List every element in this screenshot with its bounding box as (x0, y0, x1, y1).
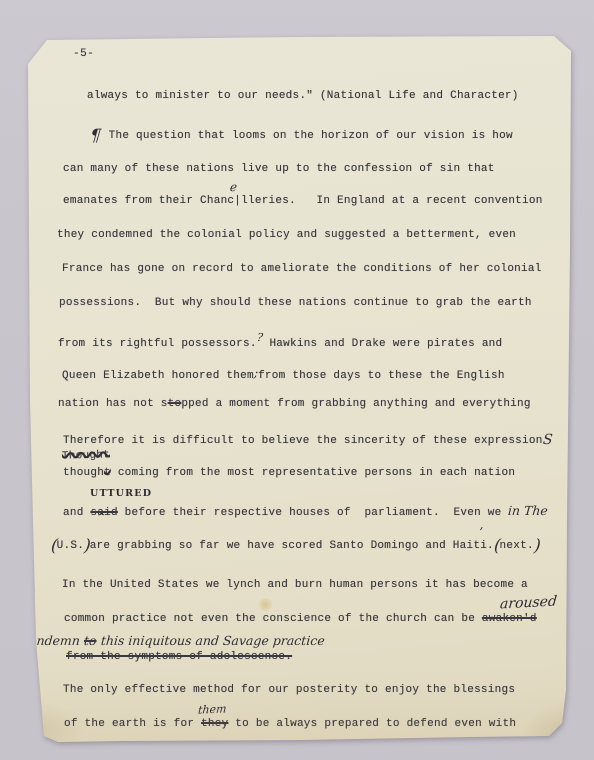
typed-text: from the symptoms of adolescence. (66, 651, 292, 663)
typed-text: Queen Elizabeth honored them (62, 370, 254, 382)
typed-text: awaken'd (482, 613, 537, 625)
line-thought-struck: Thought (62, 450, 110, 462)
handwritten-the: The (524, 503, 549, 518)
typed-text: though (63, 467, 104, 479)
handwritten-text: to (83, 633, 97, 648)
typed-text: In the United States we lynch and burn h… (62, 579, 528, 591)
typed-text: to be always prepared to defend even wit… (228, 718, 516, 730)
typed-text: common practice not even the conscience … (64, 613, 482, 625)
handwritten-uttured: UTTURED (90, 488, 152, 499)
line-question-looms: ¶ The question that looms on the horizon… (90, 126, 513, 146)
typed-text: France has gone on record to ameliorate … (62, 263, 542, 275)
typed-text: they (201, 718, 228, 730)
typed-text: possessions. But why should these nation… (59, 297, 532, 309)
line-can-many: can many of these nations live up to the… (63, 163, 495, 175)
typed-text: from its rightful possessors. (58, 338, 257, 350)
typed-text: next. (500, 540, 534, 552)
handwritten-aroused: aroused (499, 593, 557, 612)
paper-shadow: always to minister to our needs." (Natio… (0, 0, 594, 760)
handwritten-text: ) (83, 536, 90, 556)
line-lynch-burn: In the United States we lynch and burn h… (62, 579, 528, 591)
typed-text: pped a moment from grabbing anything and… (181, 398, 530, 410)
line-possessions: possessions. But why should these nation… (59, 297, 532, 309)
inserted-e: e (229, 180, 237, 194)
typed-text: before their respective houses of parlia… (118, 507, 509, 519)
pencil-mark (20, 27, 25, 34)
line-defend: of the earth is for they to be always pr… (64, 718, 516, 730)
typed-text: The question that looms on the horizon o… (109, 130, 513, 142)
handwritten-text: this iniquitous and Savage practice (96, 633, 325, 648)
typed-text: U.S. (57, 540, 84, 552)
line-quote-national-life: always to minister to our needs." (Natio… (87, 90, 519, 102)
pencil-mark (48, 20, 52, 26)
line-parliament: and said before their respective houses … (63, 503, 548, 519)
typed-text: i. (480, 540, 494, 552)
typed-text: they condemned the colonial policy and s… (57, 229, 516, 241)
handwritten-text: ( (50, 536, 57, 556)
typed-text: Hawkins and Drake were pirates and (263, 338, 503, 350)
typed-text: t (104, 467, 111, 479)
typed-text: are grabbing so far we have scored Santo… (90, 540, 481, 552)
line-only-effective: The only effective method for our poster… (63, 684, 515, 696)
typed-text: and (63, 507, 90, 519)
line-rightful-possessors: from its rightful possessors.? Hawkins a… (58, 331, 502, 350)
handwritten-text: ) (533, 536, 540, 556)
line-queen-elizabeth: Queen Elizabeth honored them;from those … (62, 365, 505, 382)
typed-text: Therefore it is difficult to believe the… (63, 435, 543, 447)
line-symptoms-struck: from the symptoms of adolescence. (66, 651, 292, 663)
typed-text: coming from the most representative pers… (111, 467, 515, 479)
page-number: -5- (73, 48, 94, 60)
line-nation-stopped: nation has not stopped a moment from gra… (58, 398, 531, 410)
handwritten-s: S (542, 432, 553, 448)
line-condemned-colonial: they condemned the colonial policy and s… (57, 229, 516, 241)
paragraph-mark: ¶ (89, 126, 109, 146)
handwritten-text: ( (493, 536, 500, 556)
typed-text: to (168, 398, 182, 410)
typed-text: emanates from their Chanc (63, 195, 234, 207)
line-france: France has gone on record to ameliorate … (62, 263, 542, 275)
line-though-coming: thought coming from the most representat… (63, 467, 515, 479)
line-us-grabbing: (U.S.)are grabbing so far we have scored… (51, 536, 539, 556)
inserted-question-mark: ? (256, 331, 263, 344)
text-layer: always to minister to our needs." (Natio… (0, 0, 594, 760)
pencil-mark (51, 31, 55, 35)
line-awakened: common practice not even the conscience … (64, 613, 537, 625)
line-therefore: Therefore it is difficult to believe the… (63, 432, 552, 448)
handwritten-them: them (197, 702, 227, 717)
caret-under-said: ^ (97, 512, 106, 524)
typed-text: Thought (62, 449, 110, 462)
typed-text: lleries. In England at a recent conventi… (241, 195, 542, 207)
margin-note: to Condemn (2, 633, 84, 648)
typed-text: can many of these nations live up to the… (63, 163, 495, 175)
handwritten-in: in (508, 503, 525, 518)
paper: always to minister to our needs." (Natio… (0, 0, 594, 760)
line-chancelleries: emanates from their Chanc|lleries. In En… (63, 195, 543, 207)
typed-text: from those days to these the English (258, 370, 505, 382)
typed-text: always to minister to our needs." (Natio… (87, 90, 519, 102)
typed-text: The only effective method for our poster… (63, 684, 515, 696)
typed-text: nation has not s (58, 398, 168, 410)
scan-background: always to minister to our needs." (Natio… (0, 0, 594, 760)
typed-text: of the earth is for (64, 718, 201, 730)
line-margin-condemn: to Condemn to this iniquitous and Savage… (3, 633, 324, 649)
